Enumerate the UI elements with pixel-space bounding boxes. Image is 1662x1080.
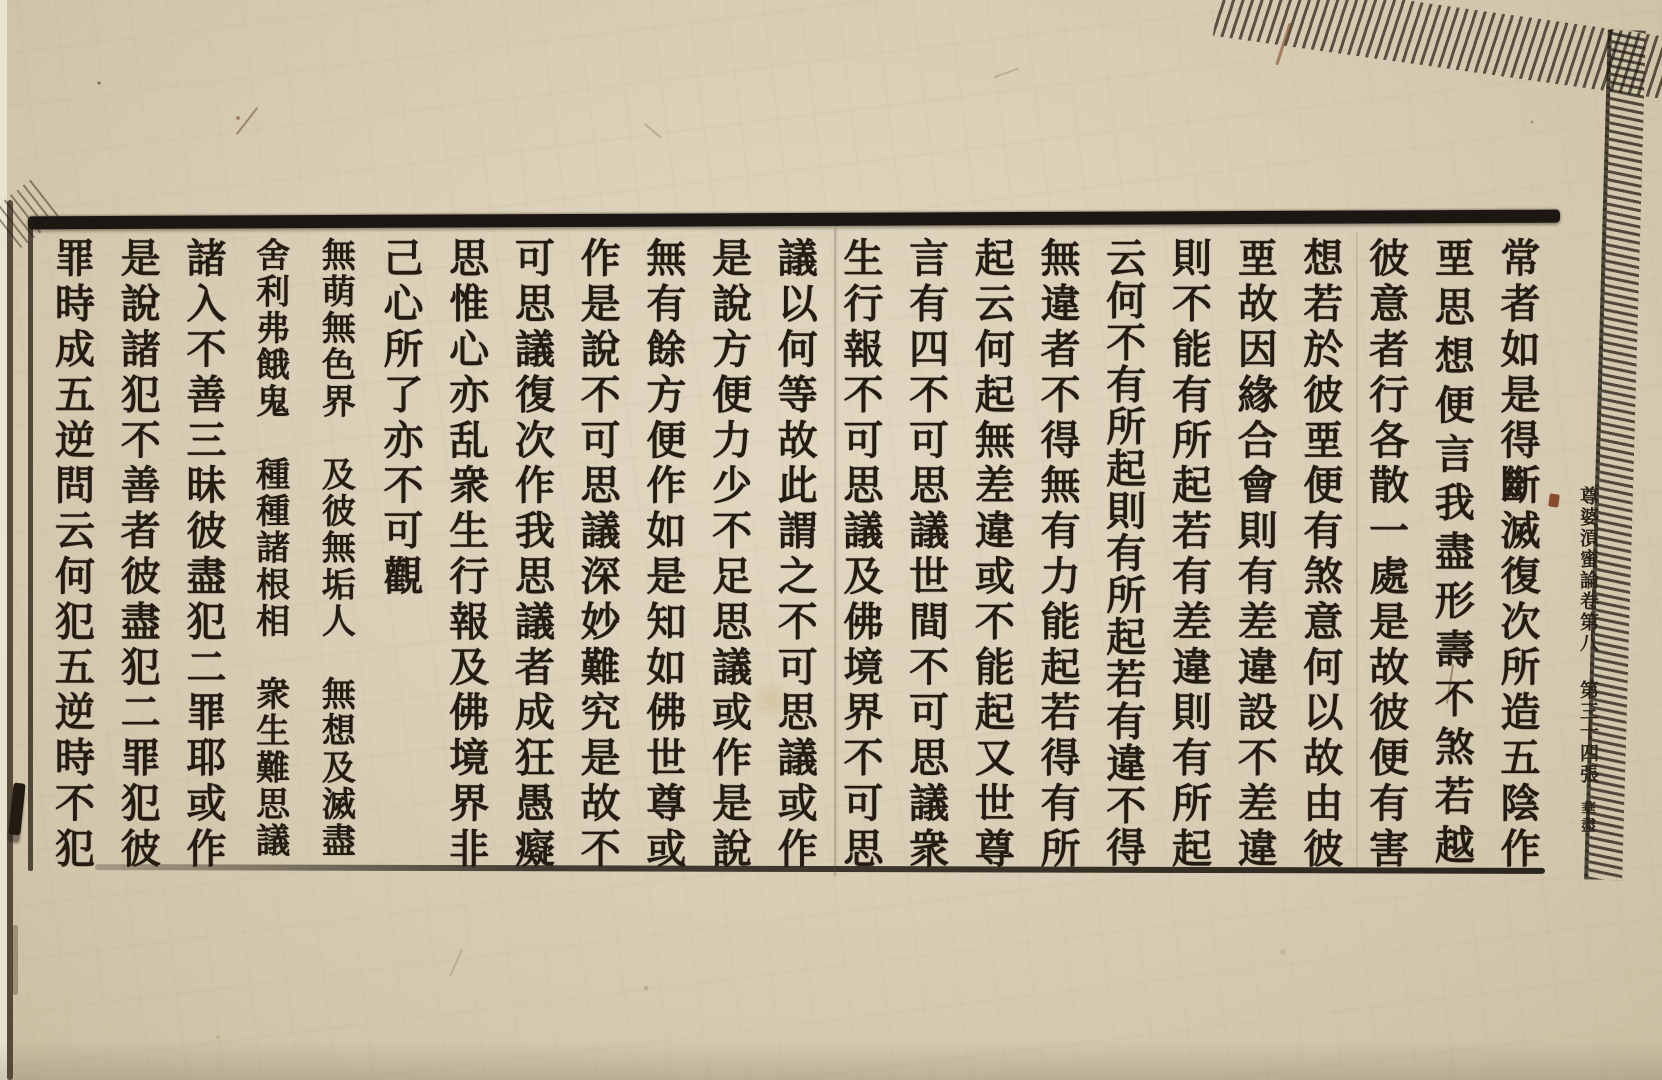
text-column: 想若於彼垔便有煞意何以故由彼 bbox=[1287, 237, 1353, 877]
text-column: 諸入不善三昧彼盡犯二罪耶或作 bbox=[170, 237, 236, 877]
text-column: 是說諸犯不善者彼盡犯二罪犯彼 bbox=[105, 237, 171, 877]
paper-fiber bbox=[236, 107, 259, 135]
text-column: 無有餘方便作如是知如佛世尊或 bbox=[630, 237, 696, 877]
bottom-edge-shadow bbox=[0, 1040, 1662, 1080]
text-column: 常者如是得斷滅復次所造五陰作 bbox=[1484, 237, 1550, 877]
text-column: 作是說不可思議深妙難究是故不 bbox=[564, 237, 630, 877]
text-column: 無違者不得無有力能起若得有所 bbox=[1024, 237, 1090, 877]
sheet-number: 第三十四張 bbox=[1577, 680, 1598, 785]
text-column: 則不能有所起若有差違則有所起 bbox=[1156, 237, 1222, 877]
annotation-gap bbox=[1587, 785, 1588, 801]
text-column: 垔故因緣合會則有差違設不差違 bbox=[1221, 237, 1287, 877]
text-column: 言有四不可思議世間不可思議衆 bbox=[893, 237, 959, 877]
text-column: 舍利弗餓鬼 種種諸根相 衆生難思議 bbox=[236, 237, 302, 877]
text-column: 議以何等故此謂之不可思議或作 bbox=[762, 237, 828, 877]
text-column: 起云何起無差違或不能起又世尊 bbox=[959, 237, 1025, 877]
text-column: 己心所了亦不可觀 bbox=[367, 237, 433, 877]
frame-border-top bbox=[28, 210, 1560, 230]
text-column: 垔思想便言我盡形壽不煞若越 bbox=[1419, 237, 1485, 877]
sutra-text-block: 常者如是得斷滅復次所造五陰作垔思想便言我盡形壽不煞若越彼意者行各散一處是故彼便有… bbox=[38, 237, 1550, 877]
text-column: 是說方便力少不足思議或作是說 bbox=[696, 237, 762, 877]
scroll-left-paper-edge bbox=[0, 0, 7, 1080]
text-column: 罪時成五逆問云何犯五逆時不犯 bbox=[39, 237, 105, 877]
collation-mark: 華盡 bbox=[1579, 801, 1595, 833]
paper-fiber bbox=[644, 123, 662, 139]
left-margin-smudge bbox=[12, 925, 18, 995]
text-column: 彼意者行各散一處是故彼便有害 bbox=[1353, 237, 1419, 877]
annotation-gap bbox=[1587, 654, 1588, 680]
text-column: 無萌無色界 及彼無垢人 無想及滅盡 bbox=[302, 237, 368, 877]
manuscript-page: 常者如是得斷滅復次所造五陰作垔思想便言我盡形壽不煞若越彼意者行各散一處是故彼便有… bbox=[0, 0, 1662, 1080]
scroll-title: 尊婆湏蜜論卷第八 bbox=[1577, 486, 1598, 654]
text-column: 思惟心亦乱衆生行報及佛境界非 bbox=[433, 237, 499, 877]
text-column: 可思議復次作我思議者成狂愚癡 bbox=[499, 237, 565, 877]
paper-fiber bbox=[993, 68, 1018, 79]
paper-fiber bbox=[449, 949, 463, 977]
frame-border-left bbox=[28, 219, 33, 871]
text-column: 云何不有所起則有所起若有違不得 bbox=[1090, 237, 1156, 877]
text-column: 生行報不可思議及佛境界不可思 bbox=[827, 237, 893, 877]
running-title-column: 尊婆湏蜜論卷第八第三十四張華盡 bbox=[1574, 486, 1600, 886]
